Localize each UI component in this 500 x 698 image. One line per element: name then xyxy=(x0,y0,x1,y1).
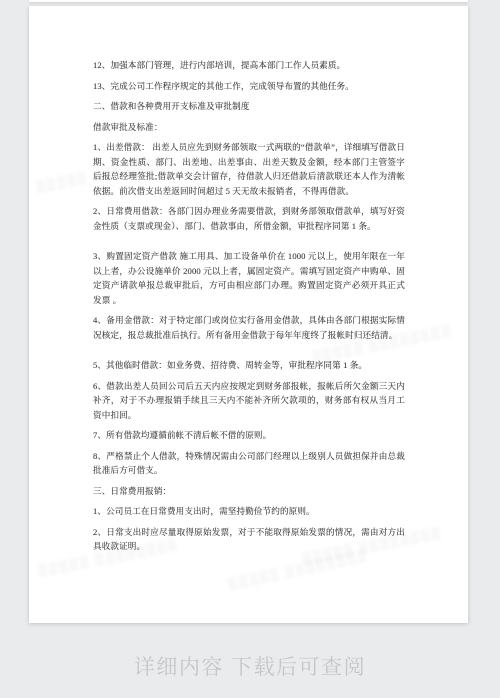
paragraph: 8、严格禁止个人借款，特殊情况需由公司部门经理以上级别人员做担保并由总裁批准后方… xyxy=(93,449,405,478)
preview-background: ▒▒▒▒▒ ▒▒▒▒▒▒▒▒ ▒▒▒▒▒ ▒▒▒▒▒▒▒▒ ▒▒▒▒▒ ▒▒▒▒… xyxy=(0,0,500,698)
watermark: ▒▒▒▒▒ ▒▒▒▒▒▒▒▒ xyxy=(227,547,369,590)
paragraph: 2、日常费用借款：各部门因办理业务需要借款，到财务部领取借款单，填写好资金性质（… xyxy=(93,204,405,233)
sub-heading: 借款审批及标准： xyxy=(93,120,405,135)
paragraph: 4、备用金借款：对于特定部门或岗位实行备用金借款，具体由各部门根据实际情况核定，… xyxy=(93,313,405,342)
document-body: 12、加强本部门管理，进行内部培训，提高本部门工作人员素质。 13、完成公司工作… xyxy=(93,58,405,554)
paragraph: 2、日常支出时应尽量取得原始发票，对于不能取得原始发票的情况，需由对方出具收款证… xyxy=(93,525,405,554)
download-hint-text: 详细内容 下载后可查阅 xyxy=(0,655,500,681)
section-heading: 二、借款和各种费用开支标准及审批制度 xyxy=(93,99,405,114)
document-page: ▒▒▒▒▒ ▒▒▒▒▒▒▒▒ ▒▒▒▒▒ ▒▒▒▒▒▒▒▒ ▒▒▒▒▒ ▒▒▒▒… xyxy=(29,6,468,623)
paragraph: 1、出差借款： 出差人员应先到财务部领取一式两联的“借款单”，详细填写借款日期、… xyxy=(93,140,405,198)
section-heading: 三、日常费用报销： xyxy=(93,484,405,499)
paragraph: 5、其他临时借款：如业务费、招待费、周转金等，审批程序同第 1 条。 xyxy=(93,358,405,373)
paragraph: 12、加强本部门管理，进行内部培训，提高本部门工作人员素质。 xyxy=(93,58,405,73)
paragraph: 3、购置固定资产借款 施工用具、加工设备单价在 1000 元以上，使用年限在一年… xyxy=(93,249,405,307)
paragraph: 13、完成公司工作程序规定的其他工作，完成领导布置的其他任务。 xyxy=(93,79,405,94)
paragraph: 6、借款出差人员回公司后五天内应按规定到财务部报帐，报帐后所欠金额三天内补齐，对… xyxy=(93,379,405,423)
paragraph: 7、所有借款均遵循前帐不清后帐不借的原则。 xyxy=(93,428,405,443)
previous-page-edge xyxy=(29,0,468,2)
paragraph: 1、公司员工在日常费用支出时，需坚持勤俭节约的原则。 xyxy=(93,504,405,519)
